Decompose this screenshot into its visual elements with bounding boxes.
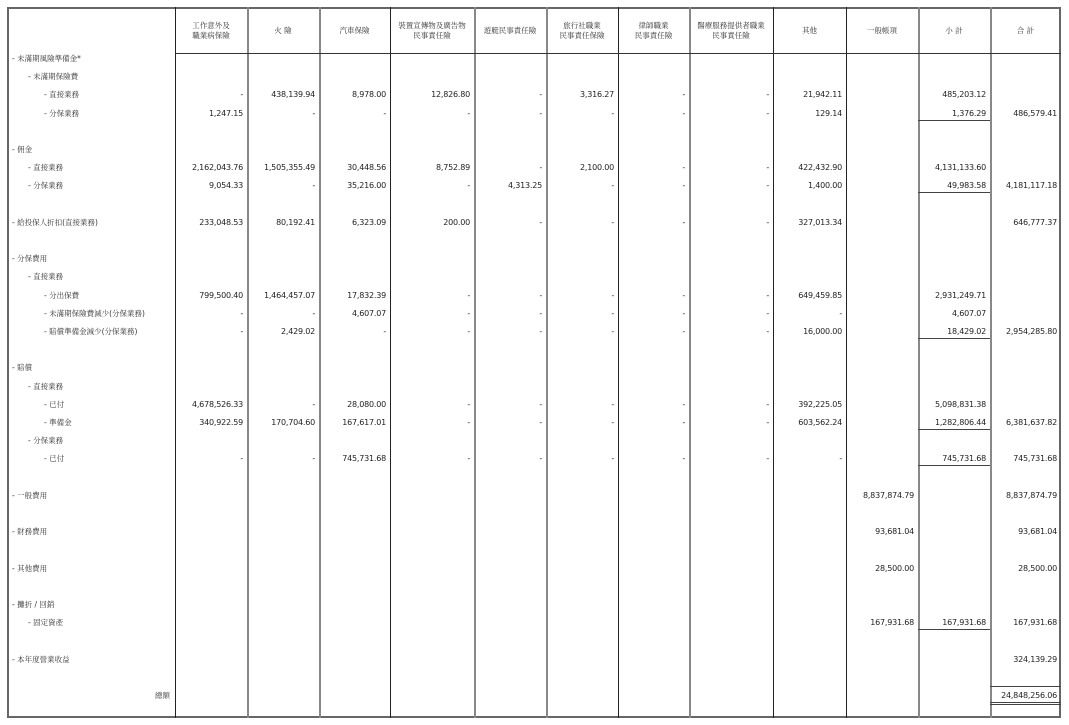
cell-value: - bbox=[175, 323, 243, 341]
row-label: - 未滿期風險準備金* bbox=[12, 50, 81, 68]
cell-value: 4,607.07 bbox=[319, 305, 386, 323]
row-label: - 分保業務 bbox=[28, 177, 63, 195]
cell-value: 2,931,249.71 bbox=[918, 287, 986, 305]
cell-value: - bbox=[474, 396, 542, 414]
row-label: - 攤折 / 回銷 bbox=[12, 596, 54, 614]
cell-value: 8,978.00 bbox=[319, 86, 386, 104]
cell-value: - bbox=[474, 159, 542, 177]
cell-value: 16,000.00 bbox=[773, 323, 842, 341]
cell-value: - bbox=[689, 323, 769, 341]
cell-value: - bbox=[689, 177, 769, 195]
cell-value: 17,832.39 bbox=[319, 287, 386, 305]
cell-value: - bbox=[474, 105, 542, 123]
cell-value: 93,681.04 bbox=[990, 523, 1057, 541]
cell-value: 3,316.27 bbox=[546, 86, 614, 104]
cell-value: 12,826.80 bbox=[390, 86, 470, 104]
cell-value: - bbox=[618, 396, 685, 414]
row-label: - 賠償準備金減少(分保業務) bbox=[44, 323, 137, 341]
cell-value: - bbox=[773, 305, 842, 323]
column-header: 旅行社職業 民事責任保險 bbox=[546, 9, 618, 53]
row-label: - 本年度營業收益 bbox=[12, 651, 70, 669]
cell-value: - bbox=[546, 396, 614, 414]
cell-value: 340,922.59 bbox=[175, 414, 243, 432]
cell-value: - bbox=[474, 414, 542, 432]
row-label: - 財務費用 bbox=[12, 523, 47, 541]
cell-value: 324,139.29 bbox=[990, 651, 1057, 669]
cell-value: - bbox=[247, 396, 315, 414]
cell-value: 28,500.00 bbox=[846, 560, 914, 578]
cell-value: 28,080.00 bbox=[319, 396, 386, 414]
cell-value: 4,181,117.18 bbox=[990, 177, 1057, 195]
cell-value: - bbox=[474, 450, 542, 468]
column-header: 其他 bbox=[773, 9, 846, 53]
cell-value: - bbox=[618, 287, 685, 305]
cell-value: - bbox=[247, 450, 315, 468]
cell-value: - bbox=[175, 450, 243, 468]
cell-value: 8,752.89 bbox=[390, 159, 470, 177]
total-overline bbox=[990, 686, 1061, 687]
cell-value: - bbox=[546, 414, 614, 432]
cell-value: - bbox=[689, 159, 769, 177]
cell-value: - bbox=[618, 305, 685, 323]
cell-value: - bbox=[390, 287, 470, 305]
cell-value: 1,505,355.49 bbox=[247, 159, 315, 177]
cell-value: 2,100.00 bbox=[546, 159, 614, 177]
subtotal-underline bbox=[918, 465, 990, 466]
subtotal-underline bbox=[918, 338, 990, 339]
cell-value: - bbox=[175, 305, 243, 323]
column-header: 小 計 bbox=[918, 9, 990, 53]
column-header: 火 險 bbox=[247, 9, 319, 53]
cell-value: 21,942.11 bbox=[773, 86, 842, 104]
column-divider bbox=[846, 7, 847, 718]
subtotal-underline bbox=[918, 120, 990, 121]
cell-value: - bbox=[474, 287, 542, 305]
row-label: - 未滿期保險費 bbox=[28, 68, 78, 86]
cell-value: 799,500.40 bbox=[175, 287, 243, 305]
cell-value: - bbox=[689, 105, 769, 123]
cell-value: 6,381,637.82 bbox=[990, 414, 1057, 432]
cell-value: - bbox=[618, 414, 685, 432]
cell-value: - bbox=[546, 305, 614, 323]
cell-value: - bbox=[247, 105, 315, 123]
cell-value: 603,562.24 bbox=[773, 414, 842, 432]
cell-value: - bbox=[618, 323, 685, 341]
cell-value: 649,459.85 bbox=[773, 287, 842, 305]
cell-value: - bbox=[618, 105, 685, 123]
cell-value: 4,313.25 bbox=[474, 177, 542, 195]
row-label: - 分出保費 bbox=[44, 287, 79, 305]
column-header: 工作意外及 職業病保險 bbox=[175, 9, 247, 53]
cell-value: - bbox=[689, 214, 769, 232]
cell-value: 35,216.00 bbox=[319, 177, 386, 195]
row-label: - 給投保人折扣(直接業務) bbox=[12, 214, 98, 232]
cell-value: 1,247.15 bbox=[175, 105, 243, 123]
cell-value: - bbox=[618, 159, 685, 177]
row-label: - 固定資產 bbox=[28, 614, 63, 632]
cell-value: - bbox=[689, 450, 769, 468]
cell-value: 4,607.07 bbox=[918, 305, 986, 323]
subtotal-underline bbox=[918, 429, 990, 430]
cell-value: 438,139.94 bbox=[247, 86, 315, 104]
cell-value: 486,579.41 bbox=[990, 105, 1057, 123]
cell-value: - bbox=[390, 323, 470, 341]
cell-value: 485,203.12 bbox=[918, 86, 986, 104]
row-label: - 賠償 bbox=[12, 359, 32, 377]
cell-value: 2,429.02 bbox=[247, 323, 315, 341]
row-label: - 已付 bbox=[44, 450, 64, 468]
cell-value: 200.00 bbox=[390, 214, 470, 232]
cell-value: - bbox=[546, 177, 614, 195]
cell-value: 167,931.68 bbox=[846, 614, 914, 632]
row-label: - 分保業務 bbox=[44, 105, 79, 123]
cell-value: - bbox=[390, 396, 470, 414]
cell-value: - bbox=[618, 214, 685, 232]
row-label: - 其他費用 bbox=[12, 560, 47, 578]
cell-value: - bbox=[474, 323, 542, 341]
cell-value: - bbox=[390, 105, 470, 123]
column-header: 律師職業 民事責任險 bbox=[618, 9, 689, 53]
cell-value: - bbox=[175, 86, 243, 104]
row-label: - 直接業務 bbox=[28, 378, 63, 396]
cell-value: - bbox=[474, 86, 542, 104]
cell-value: - bbox=[247, 305, 315, 323]
cell-value: 392,225.05 bbox=[773, 396, 842, 414]
cell-value: 1,464,457.07 bbox=[247, 287, 315, 305]
cell-value: 28,500.00 bbox=[990, 560, 1057, 578]
row-label: - 直接業務 bbox=[28, 268, 63, 286]
cell-value: - bbox=[474, 214, 542, 232]
row-label: - 準備金 bbox=[44, 414, 72, 432]
row-label: - 未滿期保險費減少(分保業務) bbox=[44, 305, 145, 323]
cell-value: 6,323.09 bbox=[319, 214, 386, 232]
column-header: 遊艇民事責任險 bbox=[474, 9, 546, 53]
cell-value: - bbox=[689, 414, 769, 432]
cell-value: - bbox=[618, 86, 685, 104]
cell-value: 167,617.01 bbox=[319, 414, 386, 432]
cell-value: - bbox=[390, 450, 470, 468]
row-label: - 直接業務 bbox=[44, 86, 79, 104]
row-label: - 佣金 bbox=[12, 141, 32, 159]
cell-value: 745,731.68 bbox=[990, 450, 1057, 468]
cell-value: 170,704.60 bbox=[247, 414, 315, 432]
column-header: 醫療服務提供者職業 民事責任險 bbox=[689, 9, 773, 53]
cell-value: - bbox=[689, 287, 769, 305]
cell-value: - bbox=[689, 396, 769, 414]
subtotal-underline bbox=[918, 629, 990, 630]
cell-value: 80,192.41 bbox=[247, 214, 315, 232]
cell-value: 8,837,874.79 bbox=[990, 487, 1057, 505]
cell-value: - bbox=[247, 177, 315, 195]
cell-value: - bbox=[546, 450, 614, 468]
header-divider bbox=[175, 53, 1061, 54]
cell-value: 745,731.68 bbox=[319, 450, 386, 468]
cell-value: 646,777.37 bbox=[990, 214, 1057, 232]
cell-value: - bbox=[618, 177, 685, 195]
cell-value: - bbox=[390, 414, 470, 432]
total-double-underline bbox=[990, 702, 1061, 705]
subtotal-underline bbox=[918, 192, 990, 193]
cell-value: 5,098,831.38 bbox=[918, 396, 986, 414]
column-header: 裝置宣傳物及廣告物 民事責任險 bbox=[390, 9, 474, 53]
cell-value: 30,448.56 bbox=[319, 159, 386, 177]
cell-value: - bbox=[390, 305, 470, 323]
row-label: - 一般費用 bbox=[12, 487, 47, 505]
cell-value: 422,432.90 bbox=[773, 159, 842, 177]
cell-value: 8,837,874.79 bbox=[846, 487, 914, 505]
cell-value: - bbox=[319, 323, 386, 341]
cell-value: - bbox=[689, 305, 769, 323]
cell-value: 233,048.53 bbox=[175, 214, 243, 232]
cell-value: 129.14 bbox=[773, 105, 842, 123]
cell-value: 327,013.34 bbox=[773, 214, 842, 232]
row-label: 總額 bbox=[40, 687, 170, 705]
row-label: - 分保業務 bbox=[28, 432, 63, 450]
row-label: - 分保費用 bbox=[12, 250, 47, 268]
cell-value: - bbox=[546, 105, 614, 123]
column-header: 合 計 bbox=[990, 9, 1061, 53]
cell-value: 1,400.00 bbox=[773, 177, 842, 195]
column-header: 一般帳項 bbox=[846, 9, 918, 53]
cell-value: - bbox=[474, 305, 542, 323]
cell-value: 4,131,133.60 bbox=[918, 159, 986, 177]
cell-value: - bbox=[546, 323, 614, 341]
cell-value: - bbox=[546, 214, 614, 232]
cell-value: 9,054.33 bbox=[175, 177, 243, 195]
row-label: - 已付 bbox=[44, 396, 64, 414]
cell-value: 4,678,526.33 bbox=[175, 396, 243, 414]
cell-value: 93,681.04 bbox=[846, 523, 914, 541]
cell-value: - bbox=[546, 287, 614, 305]
cell-value: 2,162,043.76 bbox=[175, 159, 243, 177]
cell-value: - bbox=[773, 450, 842, 468]
cell-value: - bbox=[689, 86, 769, 104]
cell-value: - bbox=[390, 177, 470, 195]
cell-value: 167,931.68 bbox=[990, 614, 1057, 632]
cell-value: - bbox=[319, 105, 386, 123]
column-header: 汽車保險 bbox=[319, 9, 390, 53]
cell-value: 2,954,285.80 bbox=[990, 323, 1057, 341]
cell-value: - bbox=[618, 450, 685, 468]
row-label: - 直接業務 bbox=[28, 159, 63, 177]
